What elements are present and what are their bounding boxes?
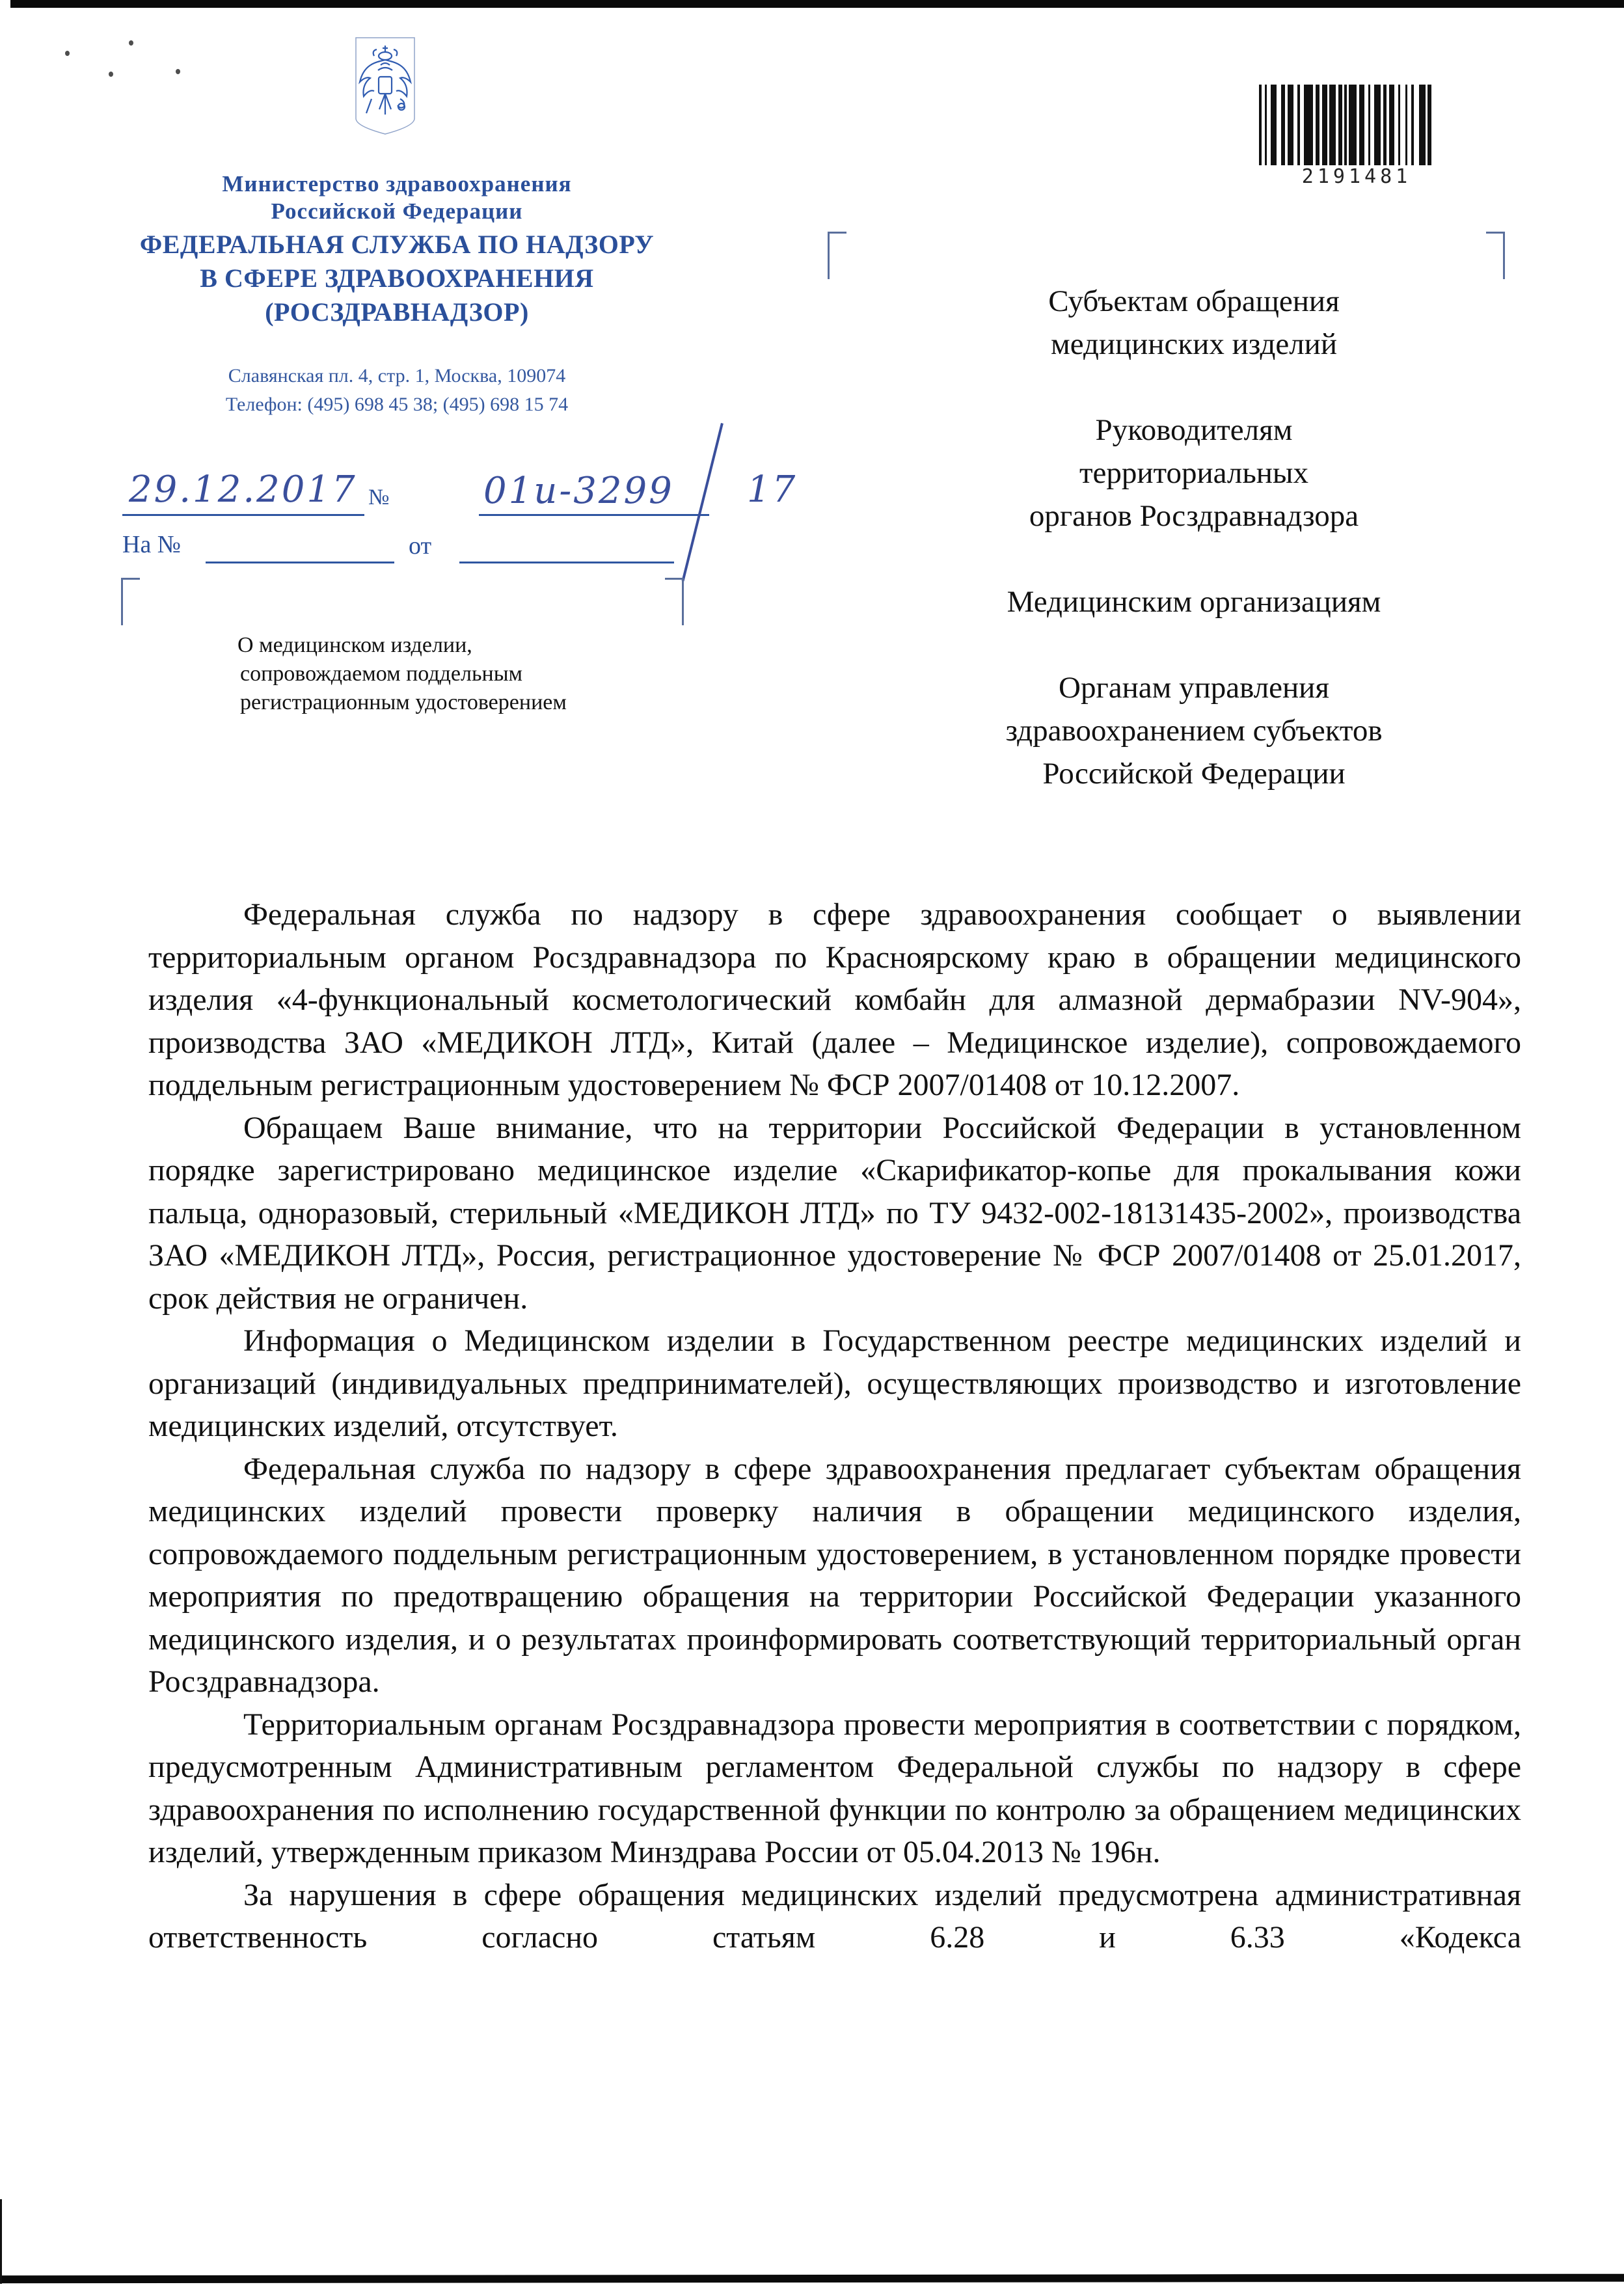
subject-corner-left [121, 578, 140, 625]
scan-speck [109, 72, 113, 77]
body-paragraph: Информация о Медицинском изделии в Госуд… [148, 1320, 1521, 1448]
body-paragraph: За нарушения в сфере обращения медицинск… [148, 1874, 1521, 1959]
in-reply-label: На № [122, 530, 181, 559]
scan-speck [129, 40, 133, 46]
coat-of-arms-icon [355, 36, 416, 135]
body-paragraph: Федеральная служба по надзору в сфере зд… [148, 893, 1521, 1107]
letter-body: Федеральная служба по надзору в сфере зд… [148, 893, 1521, 1959]
from-label: от [409, 532, 431, 560]
document-barcode: 2191481 [1259, 85, 1454, 189]
scan-edge-bottom [0, 2274, 1624, 2284]
addressee-corner-right [1486, 232, 1505, 279]
organization-address: Славянская пл. 4, стр. 1, Москва, 109074… [150, 362, 644, 419]
registration-date: 29.12.2017 [129, 468, 357, 511]
in-reply-number-field [206, 562, 394, 563]
registration-year-suffix: 17 [747, 468, 797, 511]
number-sign: № [368, 485, 389, 510]
body-paragraph: Территориальным органам Росздравнадзора … [148, 1703, 1521, 1874]
scan-speck [176, 69, 180, 74]
service-name: ФЕДЕРАЛЬНАЯ СЛУЖБА ПО НАДЗОРУ В СФЕРЕ ЗД… [124, 228, 670, 329]
scan-edge-left [0, 2199, 2, 2284]
addressee-block: Медицинским организациям [895, 580, 1493, 623]
subject-corner-right [665, 578, 684, 625]
addressee-block: Органам управления здравоохранением субъ… [895, 666, 1493, 795]
addressee-block: Руководителям территориальных органов Ро… [895, 409, 1493, 537]
addressee-block: Субъектам обращения медицинских изделий [895, 280, 1493, 366]
body-paragraph: Обращаем Ваше внимание, что на территори… [148, 1107, 1521, 1320]
date-underline [122, 514, 364, 516]
in-reply-line: На № от [122, 530, 695, 569]
addressee-corner-left [828, 232, 846, 279]
addressee-list: Субъектам обращения медицинских изделий … [895, 280, 1493, 838]
barcode-number: 2191481 [1259, 165, 1454, 188]
scan-edge-top [10, 0, 1624, 8]
scan-speck [65, 51, 70, 56]
registration-line: 29.12.2017 № 01и-3299 17 [122, 468, 825, 521]
from-date-field [459, 562, 674, 563]
letter-subject: О медицинском изделии, сопровождаемом по… [237, 631, 693, 717]
registration-number: 01и-3299 [483, 470, 674, 512]
ministry-name: Министерство здравоохранения Российской … [150, 170, 644, 225]
body-paragraph: Федеральная служба по надзору в сфере зд… [148, 1448, 1521, 1703]
number-underline [479, 514, 709, 516]
barcode-icon [1259, 85, 1452, 165]
